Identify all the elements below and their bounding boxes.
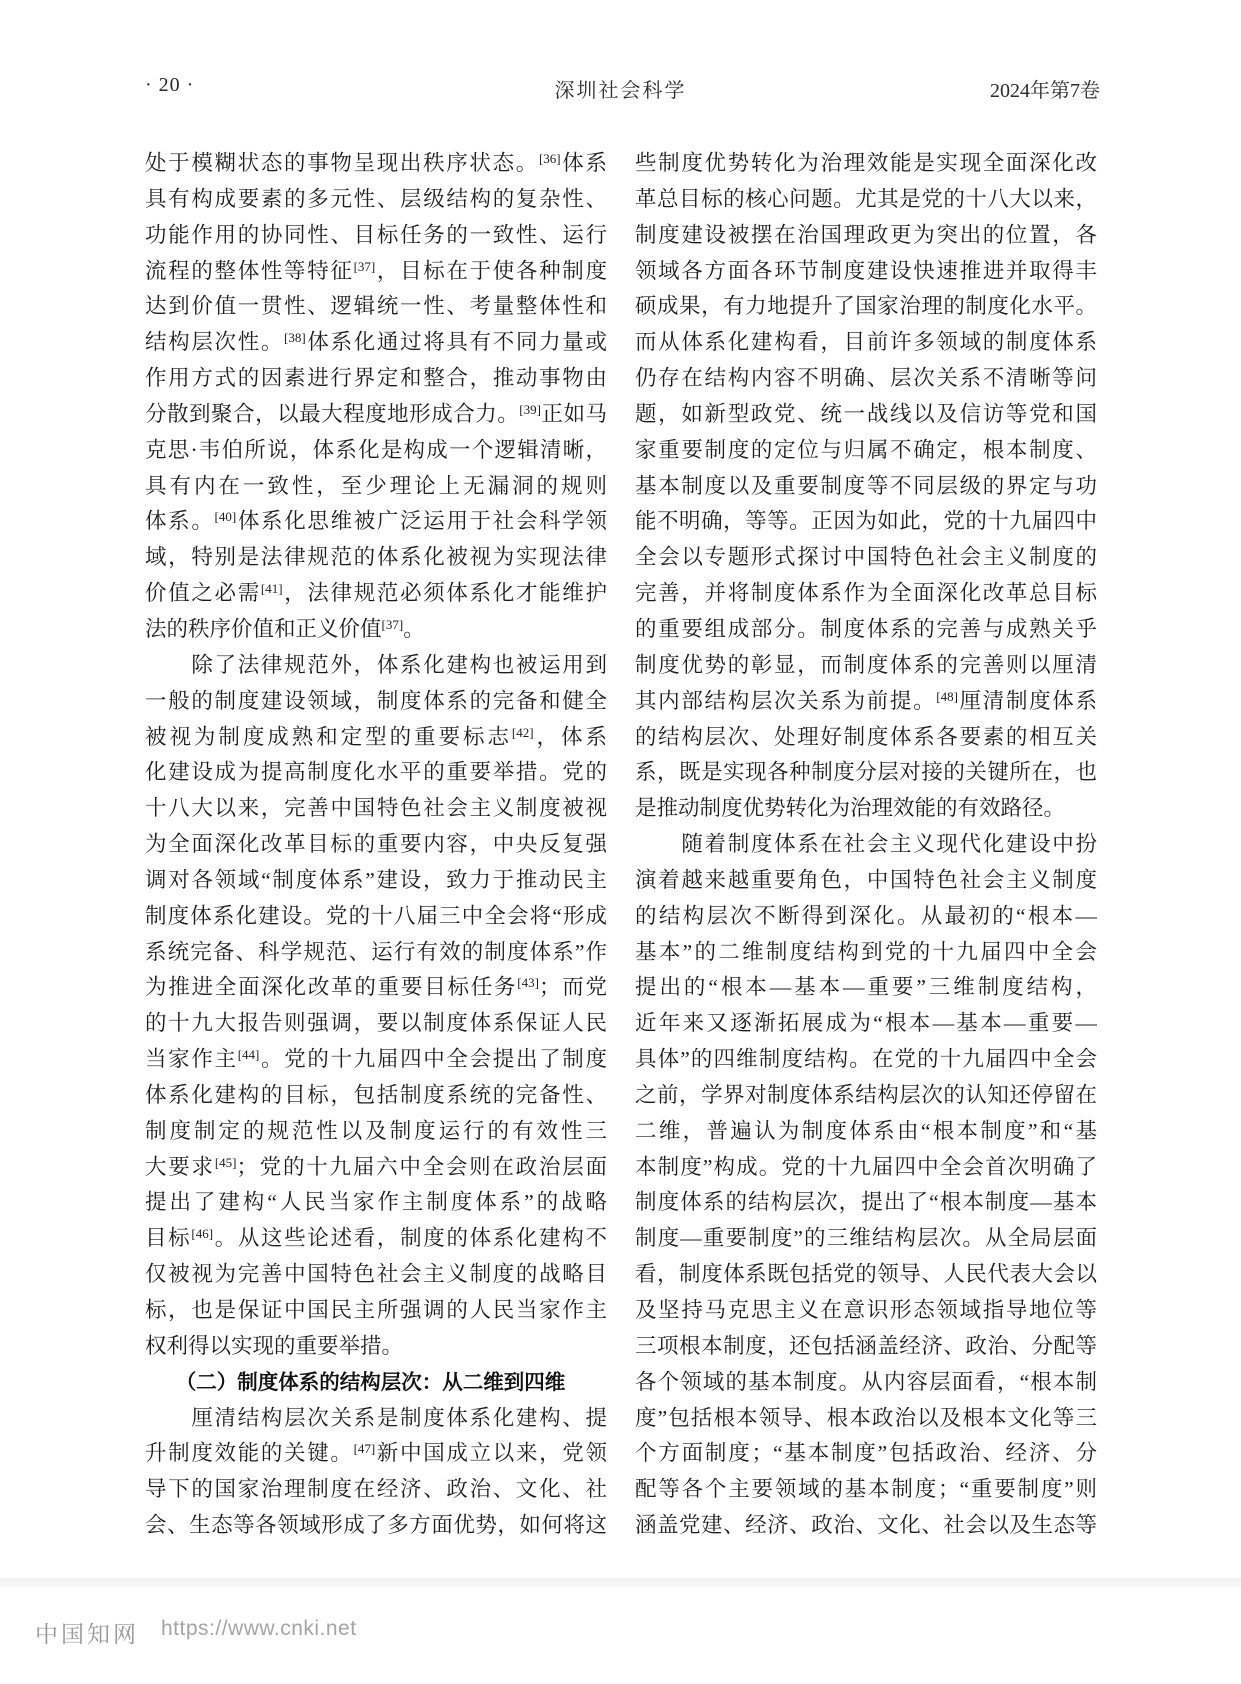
text-line: 仅被视为完善中国特色社会主义制度的战略目 [145,1257,607,1293]
text-line: 仍存在结构内容不明确、层次关系不清晰等问 [635,361,1097,397]
text-line: 价值之必需[41]，法律规范必须体系化才能维护 [145,576,607,612]
text-line: 提出的“根本—基本—重要”三维制度结构， [635,970,1097,1006]
text-line: 升制度效能的关键。[47]新中国成立以来，党领 [145,1436,607,1472]
footnote-ref: [44] [238,1047,260,1062]
text-line: 十八大以来，完善中国特色社会主义制度被视 [145,791,607,827]
text-line: 家重要制度的定位与归属不确定，根本制度、 [635,433,1097,469]
text-line: 硕成果，有力地提升了国家治理的制度化水平。 [635,289,1097,325]
footnote-ref: [42] [512,725,534,740]
text-line: 权利得以实现的重要举措。 [145,1329,607,1365]
text-line: 厘清结构层次关系是制度体系化建构、提 [145,1401,607,1437]
text-line: 制度建设被摆在治国理政更为突出的位置，各 [635,218,1097,254]
text-line: 的重要组成部分。制度体系的完善与成熟关乎 [635,612,1097,648]
text-line: 配等各个主要领域的基本制度；“重要制度”则 [635,1472,1097,1508]
text-line: 克思·韦伯所说，体系化是构成一个逻辑清晰， [145,433,607,469]
text-line: 是推动制度优势转化为治理效能的有效路径。 [635,791,1097,827]
text-line: 流程的整体性等特征[37]，目标在于使各种制度 [145,254,607,290]
cnki-url: https://www.cnki.net [161,1617,357,1641]
text-line: 随着制度体系在社会主义现代化建设中扮 [635,827,1097,863]
footnote-ref: [37] [382,617,404,632]
text-line: 作用方式的因素进行界定和整合，推动事物由 [145,361,607,397]
text-line: 除了法律规范外，体系化建构也被运用到 [145,648,607,684]
section-heading: （二）制度体系的结构层次：从二维到四维 [145,1365,607,1401]
text-line: 目标[46]。从这些论述看，制度的体系化建构不 [145,1221,607,1257]
text-line: 系，既是实现各种制度分层对接的关键所在，也 [635,755,1097,791]
text-line: 当家作主[44]。党的十九届四中全会提出了制度 [145,1042,607,1078]
footnote-ref: [41] [261,581,283,596]
running-head: · 20 · 深圳社会科学 2024年第7卷 [0,74,1241,104]
text-line: 本制度”构成。党的十九届四中全会首次明确了 [635,1150,1097,1186]
footnote-ref: [40] [215,509,237,524]
text-line: 之前，学界对制度体系结构层次的认知还停留在 [635,1078,1097,1114]
text-line: 为推进全面深化改革的重要目标任务[43]；而党 [145,970,607,1006]
text-line: 达到价值一贯性、逻辑统一性、考量整体性和 [145,289,607,325]
text-line: 基本制度以及重要制度等不同层级的界定与功 [635,469,1097,505]
text-line: 及坚持马克思主义在意识形态领域指导地位等 [635,1293,1097,1329]
text-line: 领域各方面各环节制度建设快速推进并取得丰 [635,254,1097,290]
text-line: 化建设成为提高制度化水平的重要举措。党的 [145,755,607,791]
text-line: 体系化建构的目标，包括制度系统的完备性、 [145,1078,607,1114]
text-line: 度”包括根本领导、根本政治以及根本文化等三 [635,1401,1097,1437]
footnote-ref: [37] [354,259,376,274]
text-line: 具体”的四维制度结构。在党的十九届四中全会 [635,1042,1097,1078]
text-line: 制度优势的彰显，而制度体系的完善则以厘清 [635,648,1097,684]
text-line: 功能作用的协同性、目标任务的一致性、运行 [145,218,607,254]
text-line: 标，也是保证中国民主所强调的人民当家作主 [145,1293,607,1329]
cnki-brand: 中国知网 [35,1616,139,1649]
text-line: 题，如新型政党、统一战线以及信访等党和国 [635,397,1097,433]
text-line: 制度体系的结构层次，提出了“根本制度—基本 [635,1185,1097,1221]
page-bottom-edge [0,1578,1241,1588]
text-line: 革总目标的核心问题。尤其是党的十八大以来， [635,182,1097,218]
text-line: 全会以专题形式探讨中国特色社会主义制度的 [635,540,1097,576]
text-line: 各个领域的基本制度。从内容层面看，“根本制 [635,1365,1097,1401]
text-line: 为全面深化改革目标的重要内容，中央反复强 [145,827,607,863]
text-line: 被视为制度成熟和定型的重要标志[42]，体系 [145,720,607,756]
footnote-ref: [43] [517,975,539,990]
footnote-ref: [48] [936,689,958,704]
text-line: 些制度优势转化为治理效能是实现全面深化改 [635,146,1097,182]
text-line: 而从体系化建构看，目前许多领域的制度体系 [635,325,1097,361]
footnote-ref: [39] [519,402,541,417]
text-line: 体系。[40]体系化思维被广泛运用于社会科学领 [145,504,607,540]
cnki-watermark: 中国知网 https://www.cnki.net [35,1614,1205,1654]
footnote-ref: [46] [191,1226,213,1241]
text-line: 能不明确，等等。正因为如此，党的十九届四中 [635,504,1097,540]
footnote-ref: [45] [215,1155,237,1170]
left-column: 处于模糊状态的事物呈现出秩序状态。[36]体系具有构成要素的多元性、层级结构的复… [145,146,607,1544]
text-line: 分散到聚合，以最大程度地形成合力。[39]正如马 [145,397,607,433]
text-line: 的十九大报告则强调，要以制度体系保证人民 [145,1006,607,1042]
text-line: 制度制定的规范性以及制度运行的有效性三 [145,1114,607,1150]
volume-info: 2024年第7卷 [990,74,1100,103]
text-line: 的结构层次、处理好制度体系各要素的相互关 [635,720,1097,756]
text-line: 涵盖党建、经济、政治、文化、社会以及生态等 [635,1508,1097,1544]
text-line: 具有内在一致性，至少理论上无漏洞的规则 [145,469,607,505]
text-line: 一般的制度建设领域，制度体系的完备和健全 [145,684,607,720]
text-line: 调对各领域“制度体系”建设，致力于推动民主 [145,863,607,899]
text-line: 法的秩序价值和正义价值[37]。 [145,612,607,648]
text-line: 系统完备、科学规范、运行有效的制度体系”作 [145,935,607,971]
text-line: 二维，普遍认为制度体系由“根本制度”和“基 [635,1114,1097,1150]
text-line: 个方面制度；“基本制度”包括政治、经济、分 [635,1436,1097,1472]
text-line: 近年来又逐渐拓展成为“根本—基本—重要— [635,1006,1097,1042]
text-line: 完善，并将制度体系作为全面深化改革总目标 [635,576,1097,612]
text-line: 演着越来越重要角色，中国特色社会主义制度 [635,863,1097,899]
text-line: 基本”的二维制度结构到党的十九届四中全会 [635,935,1097,971]
footnote-ref: [47] [354,1441,376,1456]
text-line: 其内部结构层次关系为前提。[48]厘清制度体系 [635,684,1097,720]
text-line: 结构层次性。[38]体系化通过将具有不同力量或 [145,325,607,361]
right-column: 些制度优势转化为治理效能是实现全面深化改革总目标的核心问题。尤其是党的十八大以来… [635,146,1097,1544]
text-line: 处于模糊状态的事物呈现出秩序状态。[36]体系 [145,146,607,182]
text-line: 导下的国家治理制度在经济、政治、文化、社 [145,1472,607,1508]
article-body: 处于模糊状态的事物呈现出秩序状态。[36]体系具有构成要素的多元性、层级结构的复… [145,146,1097,1544]
journal-page: · 20 · 深圳社会科学 2024年第7卷 处于模糊状态的事物呈现出秩序状态。… [0,0,1241,1684]
text-line: 大要求[45]；党的十九届六中全会则在政治层面 [145,1150,607,1186]
text-line: 提出了建构“人民当家作主制度体系”的战略 [145,1185,607,1221]
text-line: 看，制度体系既包括党的领导、人民代表大会以 [635,1257,1097,1293]
footnote-ref: [36] [539,151,561,166]
text-line: 具有构成要素的多元性、层级结构的复杂性、 [145,182,607,218]
text-line: 制度—重要制度”的三维结构层次。从全局层面 [635,1221,1097,1257]
text-line: 会、生态等各领域形成了多方面优势，如何将这 [145,1508,607,1544]
footnote-ref: [38] [284,330,306,345]
text-line: 域，特别是法律规范的体系化被视为实现法律 [145,540,607,576]
text-line: 三项根本制度，还包括涵盖经济、政治、分配等 [635,1329,1097,1365]
text-line: 的结构层次不断得到深化。从最初的“根本— [635,899,1097,935]
text-line: 制度体系化建设。党的十八届三中全会将“形成 [145,899,607,935]
